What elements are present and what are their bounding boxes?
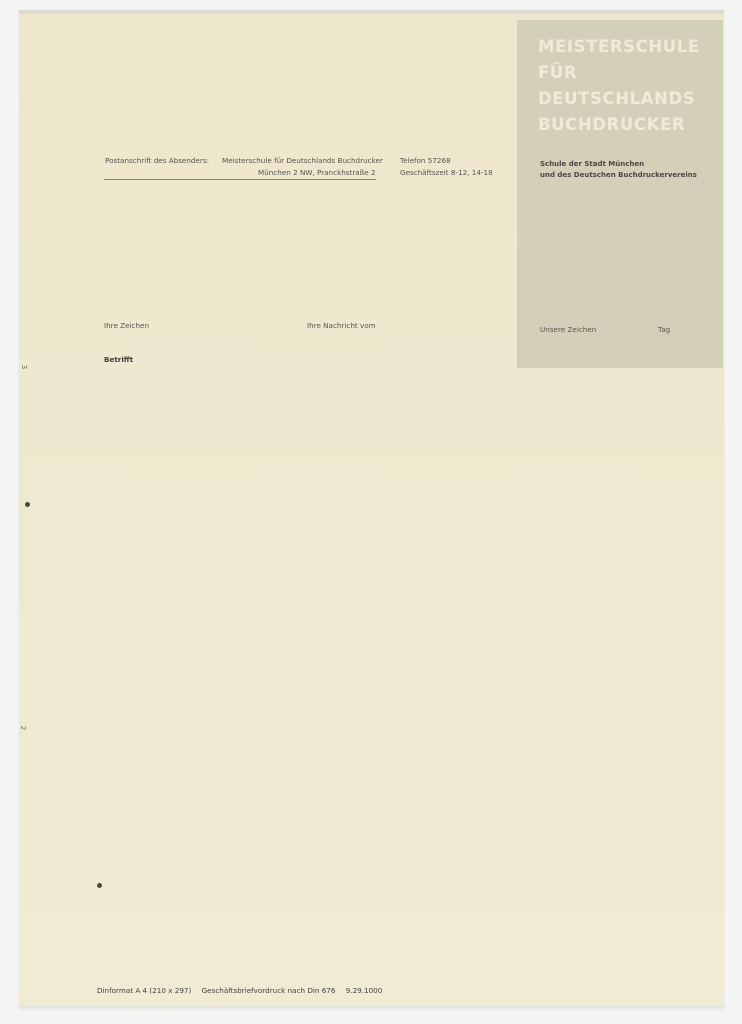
subtitle-line: Schule der Stadt München bbox=[540, 159, 697, 170]
footer-print-code: 9.29.1000 bbox=[346, 986, 383, 995]
phone-number: Telefon 57268 bbox=[400, 155, 451, 166]
school-name-line: FÜR bbox=[538, 60, 700, 86]
our-reference-label: Unsere Zeichen bbox=[540, 324, 596, 335]
date-label: Tag bbox=[658, 324, 670, 335]
school-name-line: DEUTSCHLANDS bbox=[538, 86, 700, 112]
fold-mark-3: 3 bbox=[20, 365, 28, 369]
punch-hole-mark bbox=[97, 883, 102, 888]
footer-format: Dinformat A 4 (210 x 297) bbox=[97, 986, 191, 995]
subtitle-line: und des Deutschen Buchdruckervereins bbox=[540, 170, 697, 181]
fold-mark-2: 2 bbox=[19, 726, 27, 730]
subject-label: Betrifft bbox=[104, 355, 133, 364]
paper-bottom-edge bbox=[19, 1006, 724, 1011]
sender-address: München 2 NW, Pranckhstraße 2 bbox=[258, 167, 376, 178]
business-hours: Geschäftszeit 8-12, 14-18 bbox=[400, 167, 493, 178]
school-subtitle: Schule der Stadt München und des Deutsch… bbox=[540, 159, 697, 181]
school-name-line: BUCHDRUCKER bbox=[538, 112, 700, 138]
footer-print-info: Dinformat A 4 (210 x 297) Geschäftsbrief… bbox=[97, 986, 390, 995]
sender-divider bbox=[104, 179, 376, 180]
school-name: MEISTERSCHULE FÜR DEUTSCHLANDS BUCHDRUCK… bbox=[538, 34, 700, 138]
school-name-line: MEISTERSCHULE bbox=[538, 34, 700, 60]
punch-hole-mark bbox=[25, 502, 30, 507]
your-reference-label: Ihre Zeichen bbox=[104, 320, 149, 331]
footer-form-note: Geschäftsbriefvordruck nach Din 676 bbox=[202, 986, 336, 995]
sender-name: Meisterschule für Deutschlands Buchdruck… bbox=[222, 155, 383, 166]
your-message-label: Ihre Nachricht vom bbox=[307, 320, 376, 331]
sender-label: Postanschrift des Absenders: bbox=[105, 155, 209, 166]
